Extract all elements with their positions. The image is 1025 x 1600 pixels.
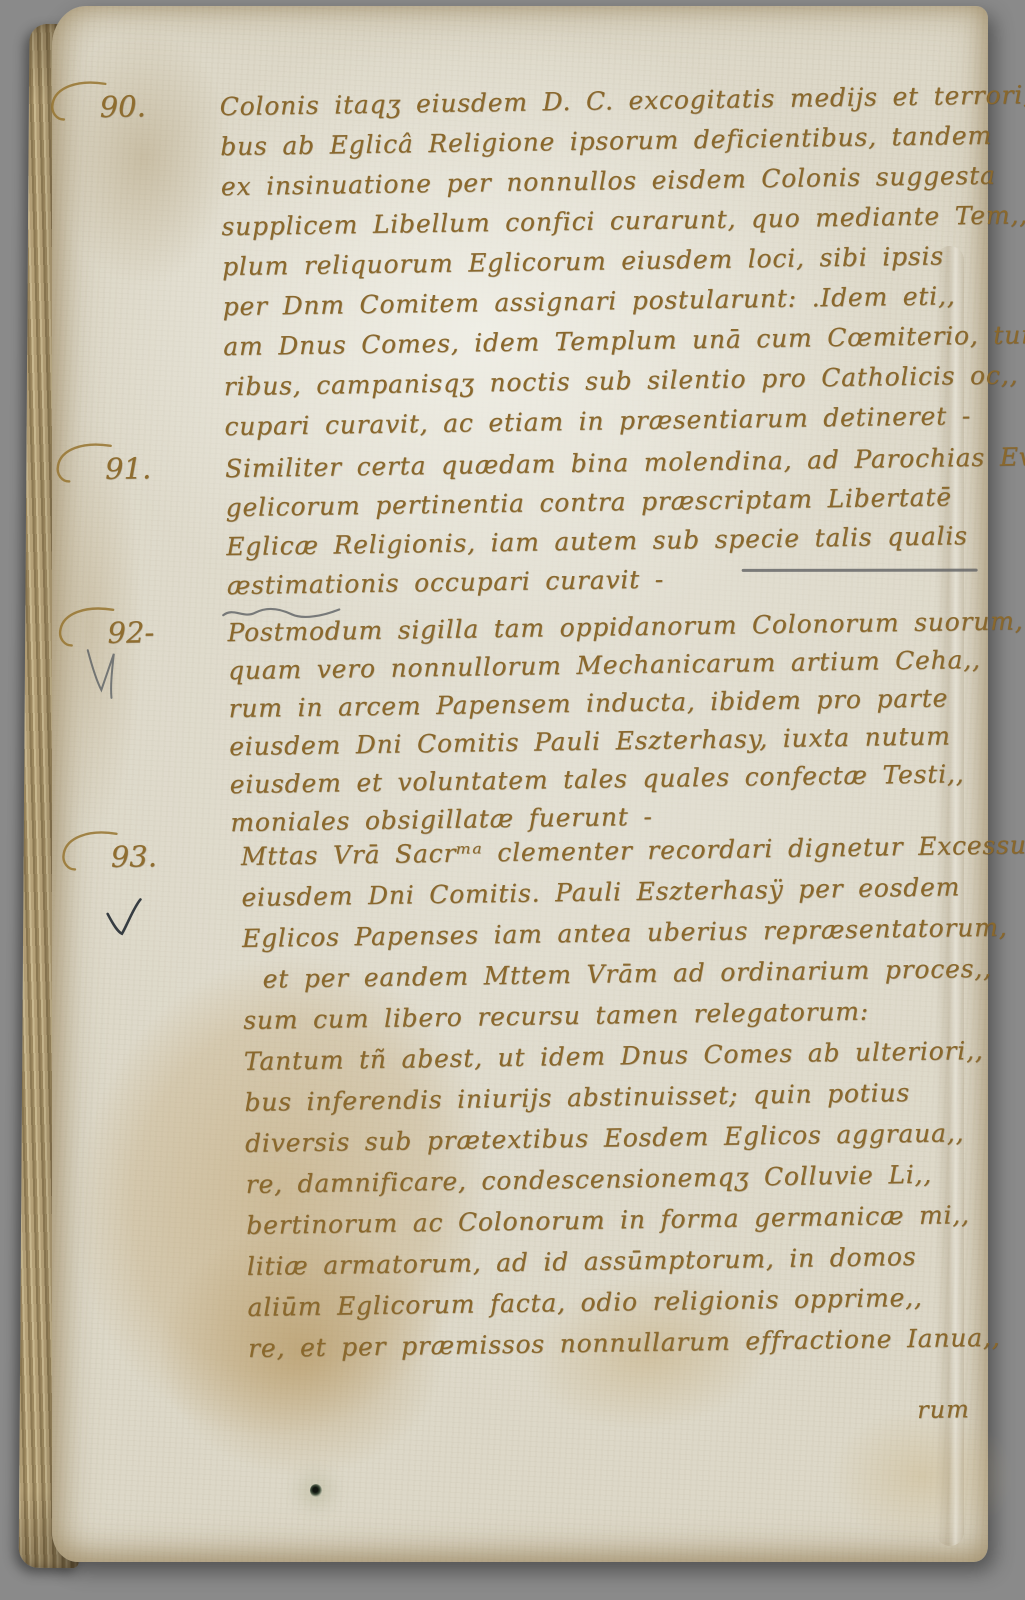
text-block: 90.Colonis itaqʒ eiusdem D. C. excogitat…: [50, 0, 1009, 1565]
paragraph-93: 93.Mttas Vrā Sacrᵐᵃ clementer recordari …: [215, 831, 971, 1375]
catchword: rum: [917, 1395, 970, 1424]
paragraph-flourish-icon: [53, 440, 116, 489]
paragraph-91: 91.Similiter certa quædam bina molendina…: [209, 443, 959, 610]
paragraphs-container: 90.Colonis itaqʒ eiusdem D. C. excogitat…: [50, 0, 986, 9]
paragraph-flourish-icon: [58, 828, 121, 877]
photograph-background: 90.Colonis itaqʒ eiusdem D. C. excogitat…: [0, 0, 1025, 1600]
paragraph-flourish-icon: [47, 78, 110, 127]
pencil-zigzag-icon: [80, 643, 139, 704]
manuscript-line-text: Colonis itaqʒ eiusdem D. C. excogitatis …: [219, 80, 1025, 121]
manuscript-line-text: Postmodum sigilla tam oppidanorum Colono…: [227, 606, 1023, 647]
manuscript-line-tail: Idem eti,,: [820, 281, 956, 323]
paragraph-90: 90.Colonis itaqʒ eiusdem D. C. excogitat…: [203, 81, 956, 452]
paragraph-number: 93.: [111, 839, 158, 874]
manuscript-page: 90.Colonis itaqʒ eiusdem D. C. excogitat…: [52, 6, 988, 1562]
manuscript-line-text: æstimationis occupari curavit -: [227, 565, 665, 600]
pencil-checkmark-icon: [103, 895, 146, 942]
manuscript-line-text: moniales obsigillatæ fuerunt -: [230, 802, 653, 837]
paragraph-number: 90.: [99, 89, 146, 124]
paragraph-number: 91.: [105, 451, 152, 486]
pencil-squiggle-icon: [221, 602, 343, 622]
paragraph-92: 92-Postmodum sigilla tam oppidanorum Col…: [211, 607, 962, 846]
pencil-underline: [742, 569, 978, 572]
